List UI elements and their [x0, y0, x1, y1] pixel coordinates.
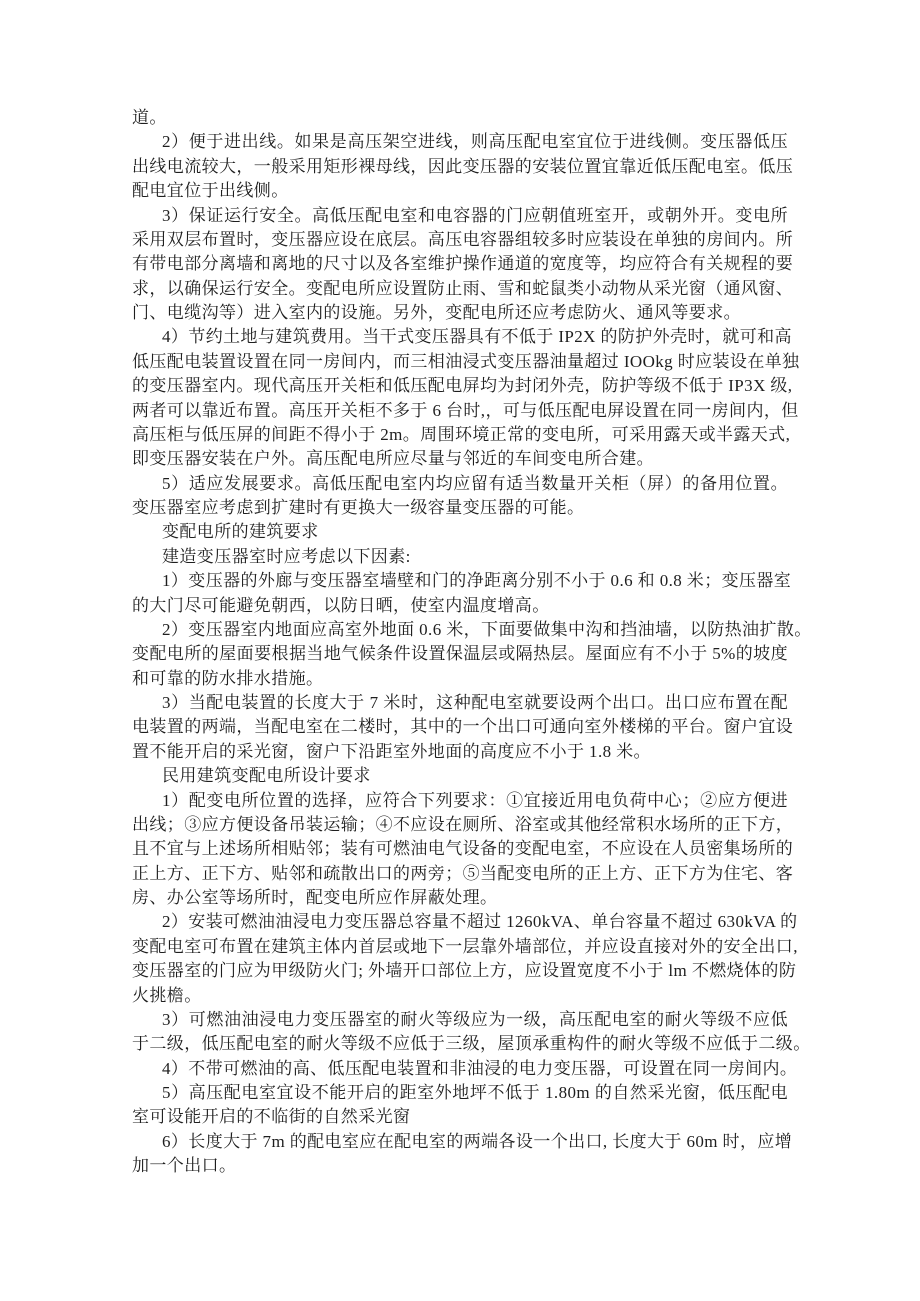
- text-line: 且不宜与上述场所相贴邻；装有可燃油电气设备的变配电室，不应设在人员密集场所的: [132, 837, 788, 861]
- text-line: 有带电部分离墙和离地的尺寸以及各室维护操作通道的宽度等，均应符合有关规程的要: [132, 252, 788, 276]
- text-line: 加一个出口。: [132, 1154, 788, 1178]
- text-line: 1）变压器的外廊与变压器室墙壁和门的净距离分别不小于 0.6 和 0.8 米；变…: [132, 569, 788, 593]
- text-line: 火挑檐。: [132, 984, 788, 1008]
- text-line: 即变压器安装在户外。高压配电所应尽量与邻近的车间变电所合建。: [132, 447, 788, 471]
- text-line: 采用双层布置时，变压器应设在底层。高压电容器组较多时应装设在单独的房间内。所: [132, 228, 788, 252]
- text-line: 1）配变电所位置的选择，应符合下列要求：①宜接近用电负荷中心；②应方便进: [132, 789, 788, 813]
- text-line: 3）当配电装置的长度大于 7 米时，这种配电室就要设两个出口。出口应布置在配: [132, 691, 788, 715]
- text-line: 2）变压器室内地面应高室外地面 0.6 米，下面要做集中沟和挡油墙，以防热油扩散…: [132, 618, 788, 642]
- text-line: 变压器室应考虑到扩建时有更换大一级容量变压器的可能。: [132, 496, 788, 520]
- text-line: 4）节约土地与建筑费用。当干式变压器具有不低于 IP2X 的防护外壳时，就可和高: [132, 325, 788, 349]
- text-line: 门、电缆沟等）进入室内的设施。另外，变配电所还应考虑防火、通风等要求。: [132, 301, 788, 325]
- text-line: 变压器室的门应为甲级防火门; 外墙开口部位上方，应设置宽度不小于 lm 不燃烧体…: [132, 959, 788, 983]
- text-line: 正上方、正下方、贴邻和疏散出口的两旁；⑤当配变电所的正上方、正下方为住宅、客: [132, 862, 788, 886]
- text-line: 变配电所的屋面要根据当地气候条件设置保温层或隔热层。屋面应有不小于 5%的坡度: [132, 642, 788, 666]
- text-line: 低压配电装置设置在同一房间内，而三相油浸式变压器油量超过 IOOkg 时应装设在…: [132, 350, 788, 374]
- text-line: 置不能开启的采光窗，窗户下沿距室外地面的高度应不小于 1.8 米。: [132, 740, 788, 764]
- text-line: 2）安装可燃油油浸电力变压器总容量不超过 1260kVA、单台容量不超过 630…: [132, 910, 788, 934]
- section-heading: 变配电所的建筑要求: [132, 520, 788, 544]
- text-line: 5）适应发展要求。高低压配电室内均应留有适当数量开关柜（屏）的备用位置。: [132, 472, 788, 496]
- text-line: 出线；③应方便设备吊装运输；④不应设在厕所、浴室或其他经常积水场所的正下方，: [132, 813, 788, 837]
- text-line: 室可设能开启的不临街的自然采光窗: [132, 1105, 788, 1129]
- text-line: 配电宜位于出线侧。: [132, 179, 788, 203]
- text-line: 电装置的两端，当配电室在二楼时，其中的一个出口可通向室外楼梯的平台。窗户宜设: [132, 715, 788, 739]
- document-text-block: 道。2）便于进出线。如果是高压架空进线，则高压配电室宜位于进线侧。变压器低压出线…: [132, 106, 788, 1179]
- text-line: 的大门尽可能避免朝西，以防日晒，使室内温度增高。: [132, 594, 788, 618]
- text-line: 4）不带可燃油的高、低压配电装置和非油浸的电力变压器，可设置在同一房间内。: [132, 1057, 788, 1081]
- text-line: 高压柜与低压屏的间距不得小于 2m。周围环境正常的变电所，可采用露天或半露天式,: [132, 423, 788, 447]
- text-line: 求，以确保运行安全。变配电所应设置防止雨、雪和蛇鼠类小动物从采光窗（通风窗、: [132, 277, 788, 301]
- text-line: 于二级，低压配电室的耐火等级不应低于三级，屋顶承重构件的耐火等级不应低于二级。: [132, 1032, 788, 1056]
- document-page: 道。2）便于进出线。如果是高压架空进线，则高压配电室宜位于进线侧。变压器低压出线…: [0, 0, 920, 1301]
- text-line: 5）高压配电室宜设不能开启的距室外地坪不低于 1.80m 的自然采光窗，低压配电: [132, 1081, 788, 1105]
- section-heading: 民用建筑变配电所设计要求: [132, 764, 788, 788]
- text-line: 建造变压器室时应考虑以下因素:: [132, 545, 788, 569]
- text-line: 的变压器室内。现代高压开关柜和低压配电屏均为封闭外壳，防护等级不低于 IP3X …: [132, 374, 788, 398]
- text-line: 6）长度大于 7m 的配电室应在配电室的两端各设一个出口, 长度大于 60m 时…: [132, 1130, 788, 1154]
- text-line: 2）便于进出线。如果是高压架空进线，则高压配电室宜位于进线侧。变压器低压: [132, 130, 788, 154]
- text-line: 房、办公室等场所时，配变电所应作屏蔽处理。: [132, 886, 788, 910]
- text-line: 出线电流较大，一般采用矩形裸母线，因此变压器的安装位置宜靠近低压配电室。低压: [132, 155, 788, 179]
- text-line: 3）保证运行安全。高低压配电室和电容器的门应朝值班室开，或朝外开。变电所: [132, 204, 788, 228]
- text-line: 变配电室可布置在建筑主体内首层或地下一层靠外墙部位，并应设直接对外的安全出口,: [132, 935, 788, 959]
- text-line: 和可靠的防水排水措施。: [132, 667, 788, 691]
- text-line: 3）可燃油油浸电力变压器室的耐火等级应为一级，高压配电室的耐火等级不应低: [132, 1008, 788, 1032]
- text-line: 两者可以靠近布置。高压开关柜不多于 6 台时,，可与低压配电屏设置在同一房间内，…: [132, 399, 788, 423]
- text-line: 道。: [132, 106, 788, 130]
